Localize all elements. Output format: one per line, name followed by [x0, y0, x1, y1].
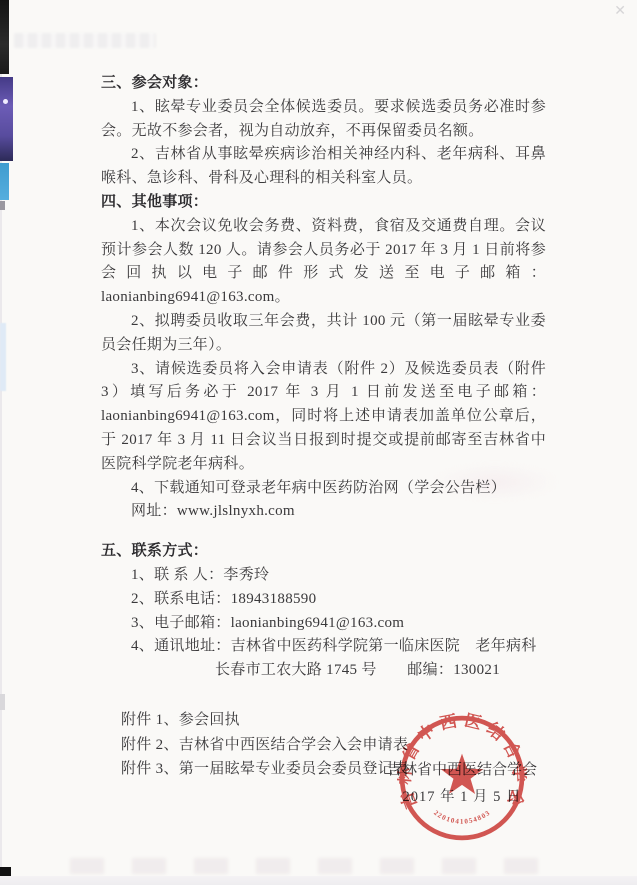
- paragraph: 2、吉林省从事眩晕疾病诊治相关神经内科、老年病科、耳鼻喉科、急诊科、骨科及心理科…: [101, 143, 546, 191]
- paragraph: 1、本次会议免收会务费、资料费，食宿及交通费自理。会议预计参会人数 120 人。…: [101, 215, 546, 310]
- section-heading-other-matters: 四、其他事项：: [101, 191, 546, 215]
- close-icon[interactable]: ✕: [614, 3, 626, 19]
- paragraph: 1、眩晕专业委员会全体候选委员。要求候选委员务必准时参会。无故不参会者，视为自动…: [101, 96, 546, 144]
- contact-address-line: 4、通讯地址：吉林省中医药科学院第一临床医院 老年病科: [101, 635, 546, 659]
- paragraph: 4、下载通知可登录老年病中医药防治网（学会公告栏）: [101, 477, 546, 501]
- scan-artifact-black-strip: [0, 0, 9, 74]
- scan-artifact-lightblue: [0, 323, 6, 391]
- scanned-notice-page: ✕ 三、参会对象： 1、眩晕专业委员会全体候选委员。要求候选委员务必准时参会。无…: [0, 0, 637, 885]
- contact-email-line: 3、电子邮箱：laonianbing6941@163.com: [101, 612, 546, 636]
- contact-value: 18943188590: [231, 591, 317, 607]
- scan-artifact-blue: [0, 163, 9, 200]
- contact-label: 1、联 系 人：: [131, 567, 223, 583]
- svg-text:2201041054803: 2201041054803: [432, 809, 492, 826]
- contact-value: 李秀玲: [223, 567, 269, 583]
- contact-label: 4、通讯地址：: [131, 638, 231, 654]
- contact-address-line2: 长春市工农大路 1745 号 邮编：130021: [215, 659, 546, 683]
- bleed-through-band: [70, 858, 550, 874]
- scan-bottom-band: [0, 876, 637, 885]
- attachment-item: 附件 1、参会回执: [121, 708, 546, 733]
- paragraph: 3、请候选委员将入会申请表（附件 2）及候选委员表（附件 3）填写后务必于 20…: [101, 358, 546, 477]
- website-line: 网址：www.jlslnyxh.com: [101, 500, 546, 524]
- signature-date: 2017 年 1 月 5 日: [381, 785, 543, 809]
- paragraph: 2、拟聘委员收取三年会费，共计 100 元（第一届眩晕专业委员会任期为三年）。: [101, 310, 546, 358]
- signature-block: 吉林省中西医结合学会 2017 年 1 月 5 日: [381, 758, 543, 809]
- attachment-item: 附件 2、吉林省中西医结合学会入会申请表: [121, 733, 546, 758]
- contact-phone-line: 2、联系电话：18943188590: [101, 588, 546, 612]
- scan-artifact-mid: [0, 694, 5, 710]
- section-heading-participants: 三、参会对象：: [101, 72, 546, 96]
- contact-label: 2、联系电话：: [131, 591, 231, 607]
- scan-artifact-purple: [0, 77, 13, 161]
- section-heading-contact: 五、联系方式：: [101, 540, 546, 564]
- scan-artifact-gray: [0, 201, 5, 210]
- contact-label: 3、电子邮箱：: [131, 615, 231, 631]
- contact-value: laonianbing6941@163.com: [231, 615, 405, 631]
- seal-serial: 2201041054803: [432, 809, 492, 826]
- signature-org: 吉林省中西医结合学会: [381, 758, 543, 782]
- document-body: 三、参会对象： 1、眩晕专业委员会全体候选委员。要求候选委员务必准时参会。无故不…: [101, 72, 546, 782]
- contact-person-line: 1、联 系 人：李秀玲: [101, 564, 546, 588]
- faint-watermark: [14, 33, 156, 48]
- contact-value: 吉林省中医药科学院第一临床医院 老年病科: [231, 638, 537, 654]
